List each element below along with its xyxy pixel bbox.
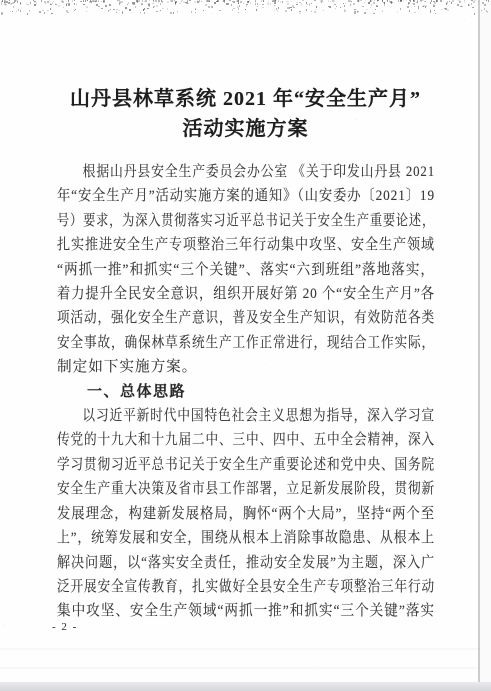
text-line: 安全事故，确保林草系统生产工作正常进行，现结合工作实际， bbox=[57, 331, 435, 355]
scan-streak bbox=[0, 648, 479, 650]
text-line: 根据山丹县安全生产委员会办公室 《关于印发山丹县 2021 bbox=[57, 160, 435, 184]
text-line: 发展理念，构建新发展格局，胸怀“两个大局”，坚持“两个至 bbox=[57, 502, 435, 526]
text-line: 号）要求，为深入贯彻落实习近平总书记关于安全生产重要论述， bbox=[57, 209, 435, 233]
section-heading-1: 一、总体思路 bbox=[57, 380, 435, 404]
document-body: 根据山丹县安全生产委员会办公室 《关于印发山丹县 2021年“安全生产月”活动实… bbox=[57, 160, 435, 624]
paragraph-2: 以习近平新时代中国特色社会主义思想为指导，深入学习宣传党的十九大和十九届二中、三… bbox=[57, 404, 435, 624]
text-line: 解决问题，以“落实安全责任，推动安全发展”为主题，深入广 bbox=[57, 551, 435, 575]
text-line: 泛开展安全宣传教育，扎实做好全县安全生产专项整治三年行动 bbox=[57, 575, 435, 599]
scanned-page: 山丹县林草系统 2021 年“安全生产月” 活动实施方案 根据山丹县安全生产委员… bbox=[0, 0, 491, 691]
text-line: 以习近平新时代中国特色社会主义思想为指导，深入学习宣 bbox=[57, 404, 435, 428]
text-line: 学习贯彻习近平总书记关于安全生产重要论述和党中央、国务院 bbox=[57, 453, 435, 477]
scanner-bottom-strip bbox=[0, 682, 491, 691]
scan-noise-band bbox=[0, 0, 491, 15]
text-line: 制定如下实施方案。 bbox=[57, 355, 197, 379]
document-title-line1: 山丹县林草系统 2021 年“安全生产月” bbox=[0, 84, 491, 114]
text-line: 集中攻坚、安全生产领域“两抓一推”和抓实“三个关键”落实 bbox=[57, 599, 435, 623]
text-line: 项活动，强化安全生产意识，普及安全生产知识，有效防范各类 bbox=[57, 306, 435, 330]
text-line: 安全生产重大决策及省市县工作部署，立足新发展阶段，贯彻新 bbox=[57, 477, 435, 501]
document-title-line2: 活动实施方案 bbox=[0, 114, 491, 144]
paragraph-1: 根据山丹县安全生产委员会办公室 《关于印发山丹县 2021年“安全生产月”活动实… bbox=[57, 160, 435, 380]
scan-streak bbox=[0, 667, 479, 669]
text-line: 年“安全生产月”活动实施方案的通知》（山安委办〔2021〕19 bbox=[57, 184, 435, 208]
text-line: 上”，统筹发展和安全，围绕从根本上消除事故隐患、从根本上 bbox=[57, 526, 435, 550]
text-line: 着力提升全民安全意识，组织开展好第 20 个“安全生产月”各 bbox=[57, 282, 435, 306]
text-line: “两抓一推”和抓实“三个关键”、落实“六到班组”落地落实， bbox=[57, 258, 435, 282]
page-number: - 2 - bbox=[52, 621, 78, 633]
document-title: 山丹县林草系统 2021 年“安全生产月” 活动实施方案 bbox=[0, 84, 491, 144]
text-line: 扎实推进安全生产专项整治三年行动集中攻坚、安全生产领域 bbox=[57, 233, 435, 257]
text-line: 传党的十九大和十九届二中、三中、四中、五中全会精神，深入 bbox=[57, 428, 435, 452]
